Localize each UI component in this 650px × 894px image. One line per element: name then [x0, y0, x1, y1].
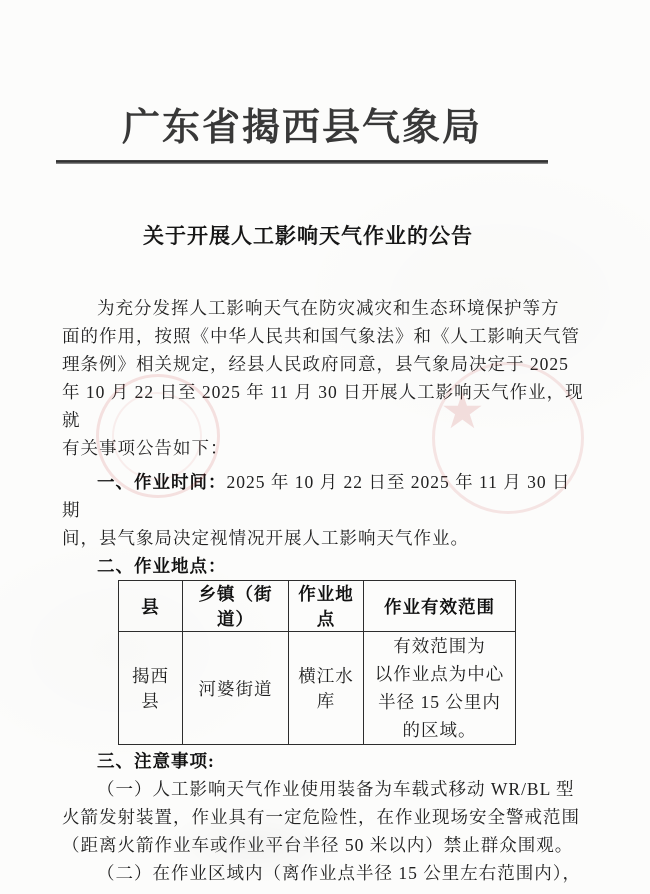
- cell-site: 横江水库: [289, 632, 364, 745]
- table-header-row: 县 乡镇（街道） 作业地点 作业有效范围: [119, 581, 516, 632]
- intro-paragraph: 为充分发挥人工影响天气在防灾减灾和生态环境保护等方 面的作用，按照《中华人民共和…: [62, 294, 588, 462]
- column-header-effective-range: 作业有效范围: [364, 581, 516, 632]
- document-title: 关于开展人工影响天气作业的公告: [62, 220, 588, 252]
- section-1-operation-time: 一、作业时间：2025 年 10 月 22 日至 2025 年 11 月 30 …: [62, 468, 588, 552]
- cell-effective-range: 有效范围为 以作业点为中心 半径 15 公里内 的区域。: [364, 632, 516, 745]
- column-header-county: 县: [119, 581, 183, 632]
- section-1-label: 一、作业时间：: [97, 472, 227, 492]
- note-2-paragraph: （二）在作业区域内（离作业点半径 15 公里左右范围内），: [62, 859, 588, 887]
- table-row: 揭西县 河婆街道 横江水库 有效范围为 以作业点为中心 半径 15 公里内 的区…: [119, 632, 516, 745]
- letterhead-divider-rule: [56, 160, 548, 164]
- cell-town: 河婆街道: [183, 632, 289, 745]
- letterhead-agency-name: 广东省揭西县气象局: [56, 0, 548, 152]
- column-header-site: 作业地点: [289, 581, 364, 632]
- section-3-notes-heading: 三、注意事项:: [62, 747, 588, 775]
- column-header-town: 乡镇（街道）: [183, 581, 289, 632]
- operations-table: 县 乡镇（街道） 作业地点 作业有效范围 揭西县 河婆街道 横江水库 有效范围为…: [118, 580, 516, 745]
- note-1-paragraph: （一）人工影响天气作业使用装备为车载式移动 WR/BL 型 火箭发射装置，作业具…: [62, 775, 588, 859]
- cell-county: 揭西县: [119, 632, 183, 745]
- scanned-document-page: 广东省揭西县气象局 关于开展人工影响天气作业的公告 为充分发挥人工影响天气在防灾…: [0, 0, 650, 894]
- section-2-operation-location: 二、作业地点：: [62, 552, 588, 580]
- document-body: 关于开展人工影响天气作业的公告 为充分发挥人工影响天气在防灾减灾和生态环境保护等…: [0, 220, 650, 887]
